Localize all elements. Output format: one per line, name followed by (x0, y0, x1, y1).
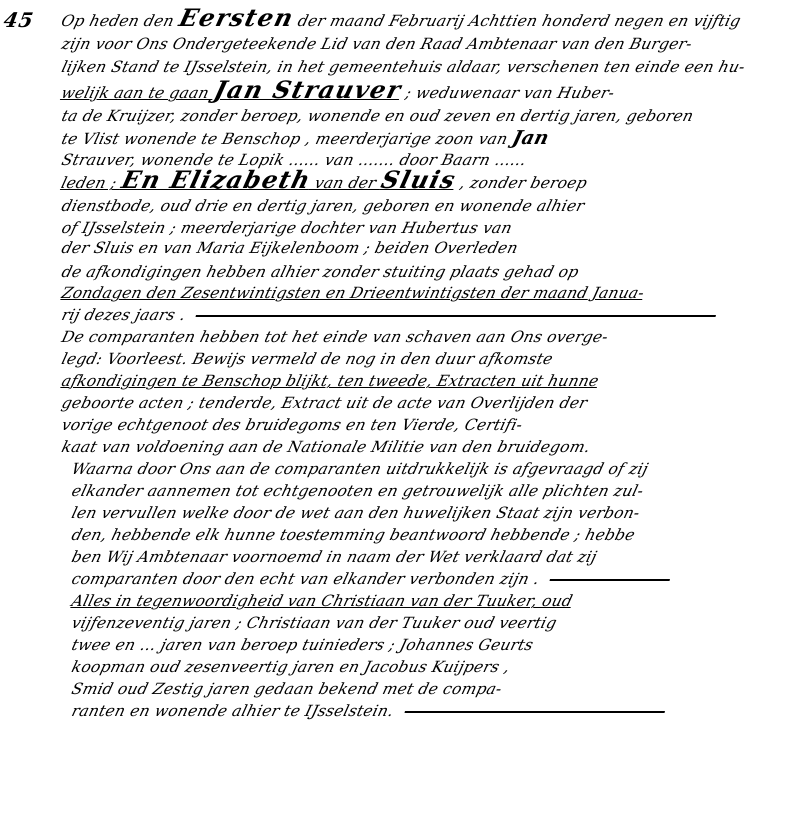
line-filler (550, 579, 670, 581)
text-line-27: Alles in tegenwoordigheid van Christiaan… (70, 591, 575, 611)
line-text: Waarna door Ons aan de comparanten uitdr… (70, 460, 650, 478)
text-line-16: legd: Voorleest. Bewijs vermeld de nog i… (60, 349, 556, 369)
line-text: der maand Februarij Achttien honderd neg… (291, 12, 743, 30)
text-line-8: leden ; En Elizabeth van der Sluis , zon… (59, 170, 590, 193)
line-text: ben Wij Ambtenaar voornoemd in naam der … (70, 548, 599, 566)
line-text: welijk aan te gaan (59, 84, 216, 102)
line-text: De comparanten hebben tot het einde van … (60, 328, 610, 346)
text-line-15: De comparanten hebben tot het einde van … (60, 327, 611, 347)
text-line-21: Waarna door Ons aan de comparanten uitdr… (70, 459, 651, 479)
line-text: afkondigingen te Benschop blijkt, ten tw… (60, 372, 601, 390)
line-text: legd: Voorleest. Bewijs vermeld de nog i… (60, 350, 555, 368)
text-line-29: twee en ... jaren van beroep tuinieders … (70, 635, 536, 655)
line-text: elkander aannemen tot echtgenooten en ge… (70, 482, 646, 500)
line-text: Zondagen den Zesentwintigsten en Drieent… (60, 284, 646, 302)
text-line-2: zijn voor Ons Ondergeteekende Lid van de… (60, 34, 695, 54)
groom-name: Jan Strauver (211, 75, 405, 104)
line-text: twee en ... jaren van beroep tuinieders … (70, 636, 535, 654)
line-text: len vervullen welke door de wet aan den … (70, 504, 642, 522)
line-filler (404, 711, 664, 713)
line-text: der Sluis en van Maria Eijkelenboom ; be… (60, 239, 520, 257)
line-text: Op heden den (59, 12, 181, 30)
line-text: ta de Kruijzer, zonder beroep, wonende e… (60, 107, 696, 125)
line-text: koopman oud zesenveertig jaren en Jacobu… (70, 658, 512, 676)
line-text: of IJsselstein ; meerderjarige dochter v… (60, 219, 514, 237)
text-line-14: rij dezes jaars . (60, 305, 719, 325)
text-line-12: de afkondigingen hebben alhier zonder st… (60, 262, 582, 282)
line-text: dienstbode, oud drie en dertig jaren, ge… (60, 197, 587, 215)
line-text: kaat van voldoening aan de Nationale Mil… (60, 438, 592, 456)
line-text: van der (308, 174, 384, 192)
text-line-1: Op heden den Eersten der maand Februarij… (59, 8, 744, 31)
line-text: , zonder beroep (453, 174, 589, 192)
line-text: geboorte acten ; tenderde, Extract uit d… (60, 394, 589, 412)
text-line-23: len vervullen welke door de wet aan den … (70, 503, 642, 523)
text-line-26: comparanten door den echt van elkander v… (70, 569, 673, 589)
line-text: Smid oud Zestig jaren gedaan bekend met … (70, 680, 504, 698)
line-text: rij dezes jaars . (60, 306, 193, 324)
line-text: ranten en wonende alhier te IJsselstein. (70, 702, 401, 720)
text-line-19: vorige echtgenoot des bruidegoms en ten … (60, 415, 525, 435)
day-name: Eersten (176, 3, 297, 32)
groom-father-name: Jan (510, 127, 551, 149)
line-text: leden ; (59, 174, 123, 192)
text-line-10: of IJsselstein ; meerderjarige dochter v… (60, 218, 515, 238)
text-line-28: vijfenzeventig jaren ; Christiaan van de… (70, 613, 559, 633)
line-text: vijfenzeventig jaren ; Christiaan van de… (70, 614, 559, 632)
text-line-4: welijk aan te gaan Jan Strauver ; weduwe… (59, 80, 617, 103)
text-line-32: ranten en wonende alhier te IJsselstein. (70, 701, 667, 721)
bride-name: En Elizabeth (119, 165, 315, 194)
text-line-5: ta de Kruijzer, zonder beroep, wonende e… (60, 106, 696, 126)
line-text: de afkondigingen hebben alhier zonder st… (60, 263, 581, 281)
line-text: Lid van den Raad Ambtenaar van den Burge… (319, 35, 694, 53)
text-line-6: te Vlist wonende te Benschop , meerderja… (59, 128, 551, 149)
line-text: lijken Stand te IJsselstein, in het geme… (60, 58, 747, 76)
text-line-20: kaat van voldoening aan de Nationale Mil… (60, 437, 593, 457)
line-text: zijn voor Ons Ondergeteekende (60, 35, 324, 53)
text-line-18: geboorte acten ; tenderde, Extract uit d… (60, 393, 590, 413)
text-line-17: afkondigingen te Benschop blijkt, ten tw… (60, 371, 601, 391)
text-line-11: der Sluis en van Maria Eijkelenboom ; be… (60, 238, 521, 258)
record-number: 45 (2, 8, 36, 32)
text-line-30: koopman oud zesenveertig jaren en Jacobu… (70, 657, 513, 677)
text-line-22: elkander aannemen tot echtgenooten en ge… (70, 481, 646, 501)
text-line-24: den, hebbende elk hunne toestemming bean… (70, 525, 638, 545)
line-text: te Vlist wonende te Benschop , meerderja… (60, 130, 515, 148)
line-text: vorige echtgenoot des bruidegoms en ten … (60, 416, 525, 434)
text-line-13: Zondagen den Zesentwintigsten en Drieent… (60, 283, 647, 303)
text-line-31: Smid oud Zestig jaren gedaan bekend met … (70, 679, 505, 699)
text-line-25: ben Wij Ambtenaar voornoemd in naam der … (70, 547, 599, 567)
line-text: Alles in tegenwoordigheid van Christiaan… (70, 592, 575, 610)
line-text: den, hebbende elk hunne toestemming bean… (70, 526, 637, 544)
line-filler (196, 315, 716, 317)
line-text: ; weduwenaar van Huber- (398, 84, 616, 102)
text-line-9: dienstbode, oud drie en dertig jaren, ge… (60, 196, 587, 216)
line-text: comparanten door den echt van elkander v… (70, 570, 547, 588)
text-line-3: lijken Stand te IJsselstein, in het geme… (60, 57, 748, 77)
document-page: 45 Op heden den Eersten der maand Februa… (0, 0, 800, 828)
bride-surname: Sluis (378, 165, 459, 194)
